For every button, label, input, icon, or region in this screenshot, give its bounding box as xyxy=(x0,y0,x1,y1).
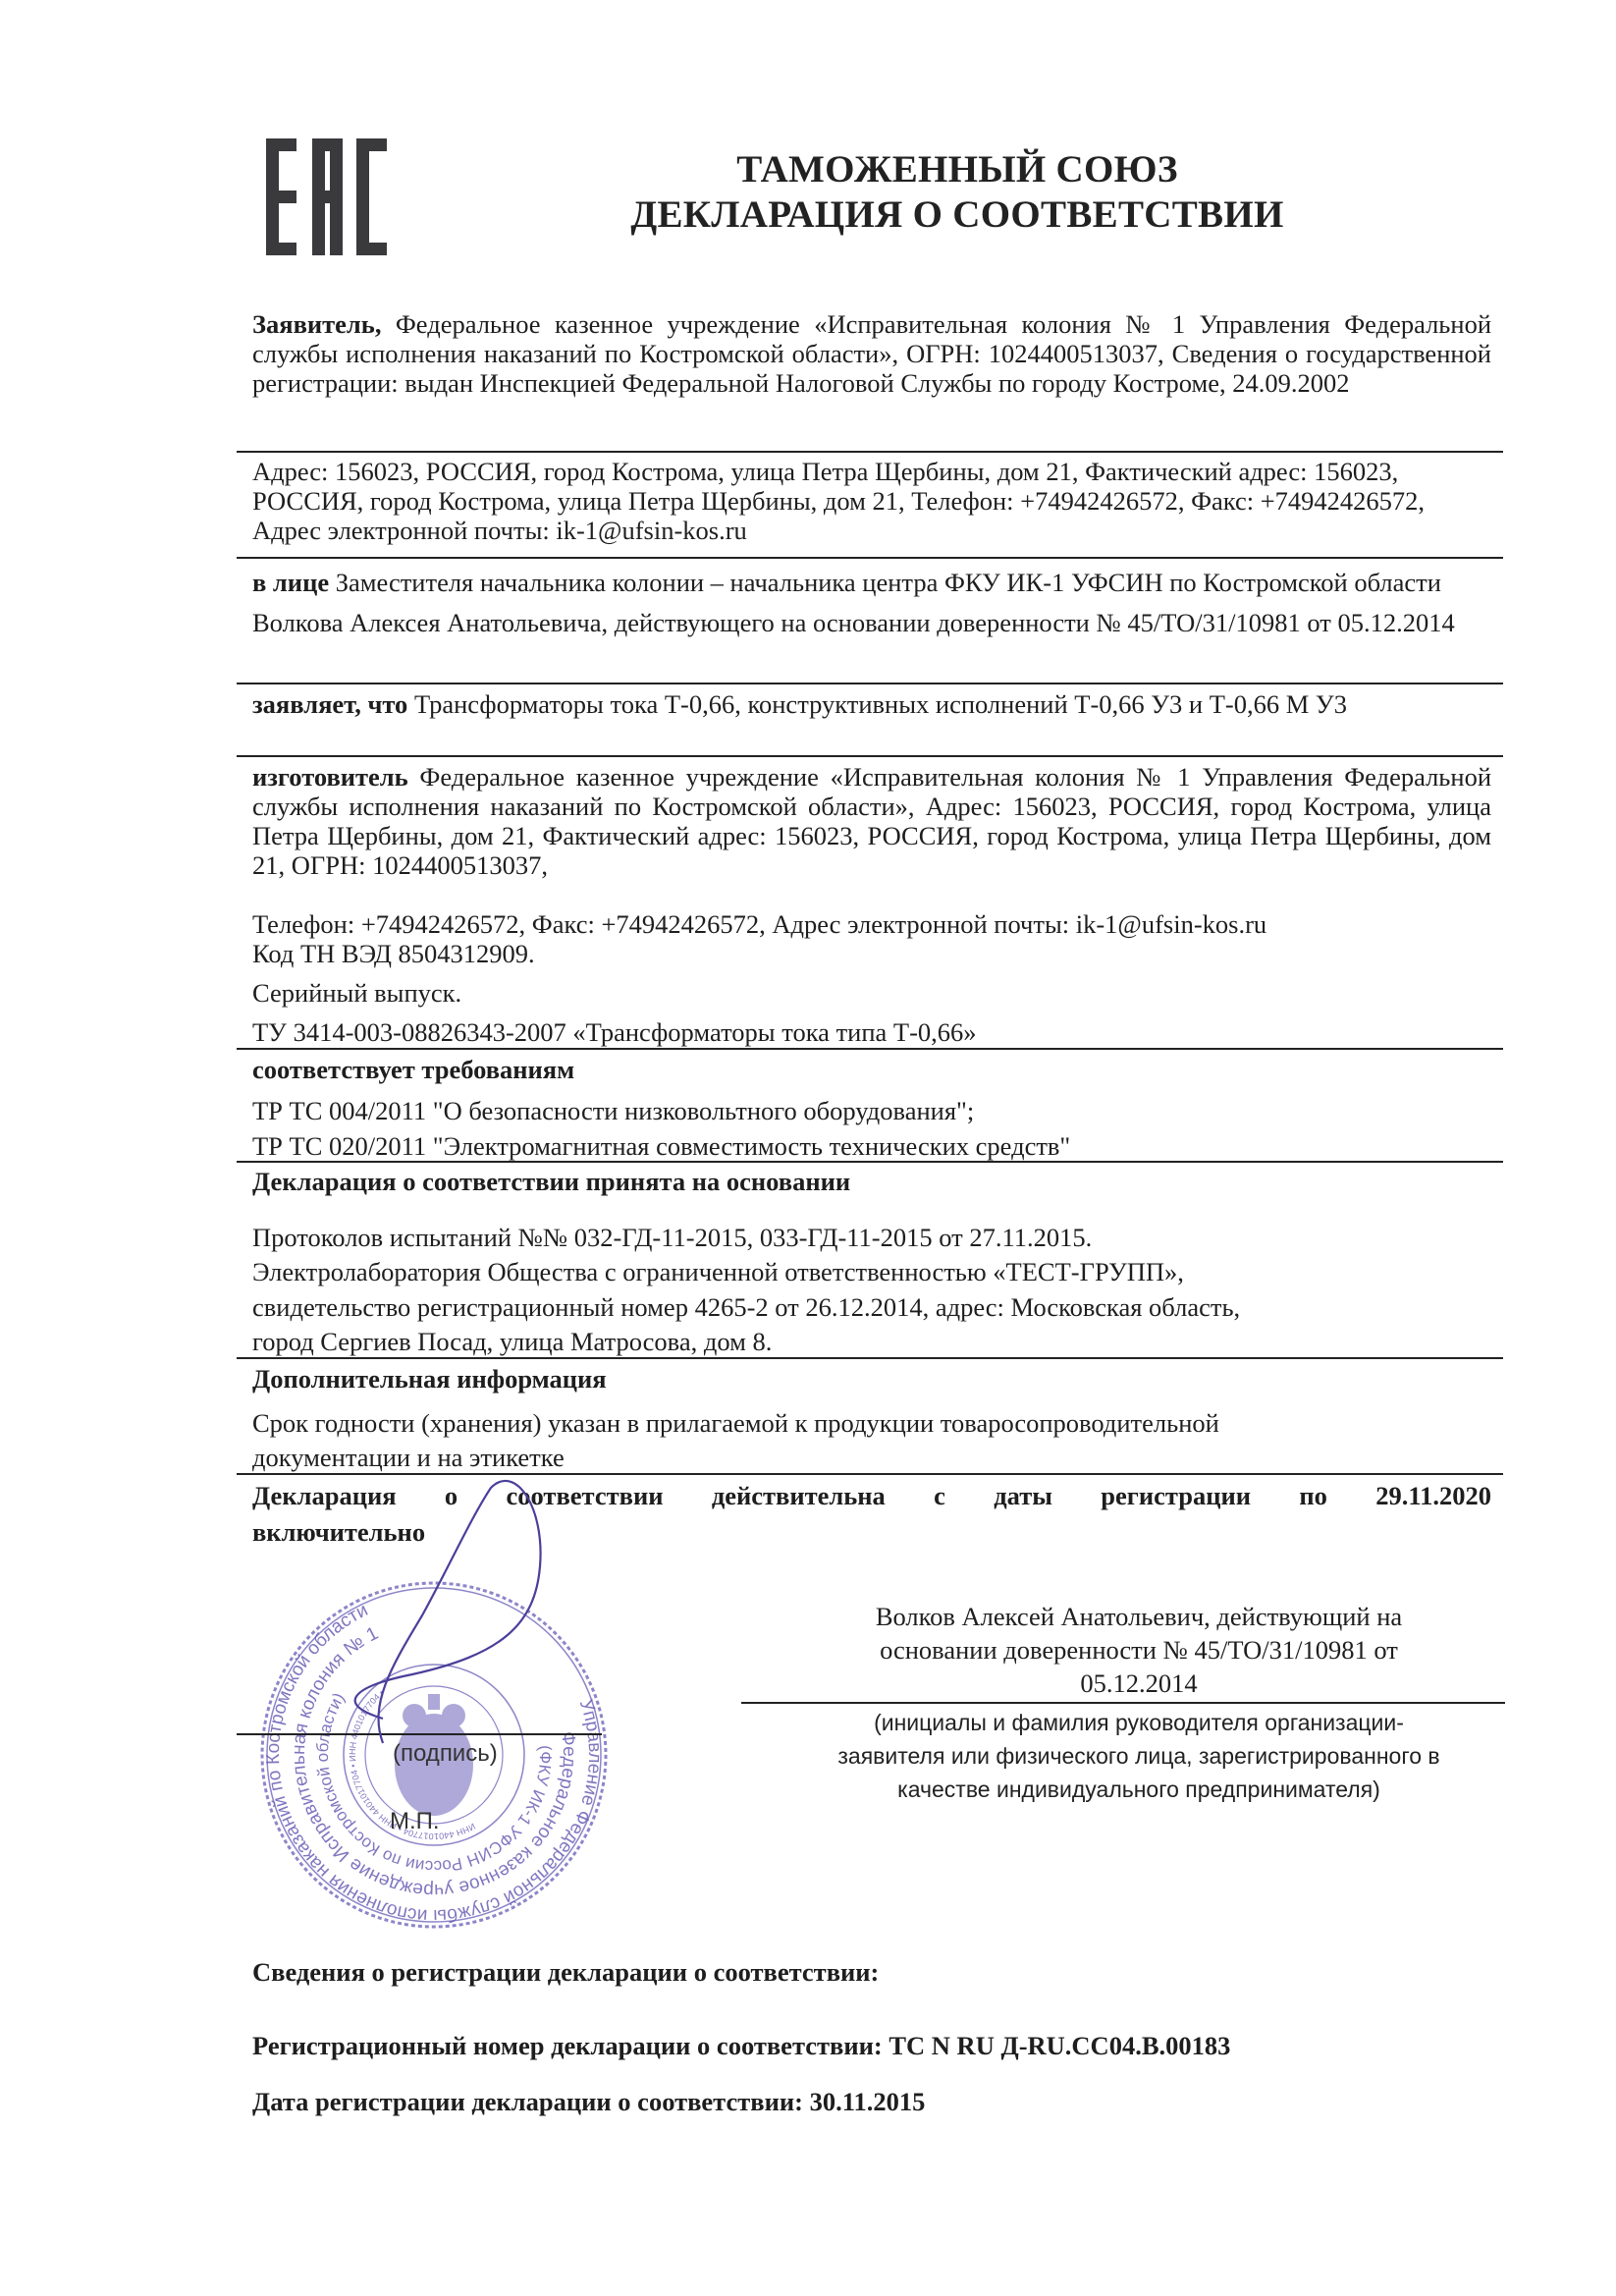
declares-label: заявляет, что xyxy=(252,689,407,719)
divider xyxy=(237,683,1503,684)
signer-line: основании доверенности № 45/ТО/31/10981 … xyxy=(785,1634,1492,1667)
registration-date-label: Дата регистрации декларации о соответств… xyxy=(252,2087,810,2116)
divider xyxy=(237,557,1503,559)
manufacturer-text: Федеральное казенное учреждение «Исправи… xyxy=(252,762,1491,880)
handwritten-signature xyxy=(275,1468,668,1753)
requirement-item: ТР ТС 020/2011 "Электромагнитная совмест… xyxy=(252,1131,1491,1161)
declares-section: заявляет, что Трансформаторы тока Т-0,66… xyxy=(252,689,1491,719)
basis-line: Протоколов испытаний №№ 032-ГД-11-2015, … xyxy=(252,1223,1491,1252)
additional-heading: Дополнительная информация xyxy=(252,1364,1491,1394)
represented-by-text: Заместителя начальника колонии – начальн… xyxy=(252,568,1455,637)
declares-text: Трансформаторы тока Т-0,66, конструктивн… xyxy=(407,689,1347,719)
divider xyxy=(237,1161,1503,1163)
signer-note-line: (инициалы и фамилия руководителя организ… xyxy=(785,1707,1492,1739)
seal-label: М.П. xyxy=(390,1808,440,1835)
hs-code: Код ТН ВЭД 8504312909. xyxy=(252,939,1491,968)
eac-logo xyxy=(266,138,404,255)
signer-note-line: заявителя или физического лица, зарегист… xyxy=(785,1740,1492,1773)
represented-by-section: в лице Заместителя начальника колонии – … xyxy=(252,563,1491,643)
signer-note-line: качестве индивидуального предпринимателя… xyxy=(785,1774,1492,1806)
requirement-item: ТР ТС 004/2011 "О безопасности низковоль… xyxy=(252,1096,1491,1125)
applicant-section: Заявитель, Федеральное казенное учрежден… xyxy=(252,309,1491,398)
requirements-heading: соответствует требованиям xyxy=(252,1055,1491,1084)
registration-date-value: 30.11.2015 xyxy=(810,2087,926,2116)
basis-line: город Сергиев Посад, улица Матросова, до… xyxy=(252,1327,1491,1356)
divider xyxy=(237,1048,1503,1050)
additional-line: Срок годности (хранения) указан в прилаг… xyxy=(252,1408,1491,1438)
divider xyxy=(237,755,1503,757)
registration-number: Регистрационный номер декларации о соотв… xyxy=(252,2031,1491,2060)
title-line-2: ДЕКЛАРАЦИЯ О СООТВЕТСТВИИ xyxy=(550,192,1365,238)
registration-number-value: ТС N RU Д-RU.СС04.В.00183 xyxy=(889,2031,1230,2060)
basis-line: Электролаборатория Общества с ограниченн… xyxy=(252,1257,1491,1286)
applicant-text: Федеральное казенное учреждение «Исправи… xyxy=(252,309,1491,398)
basis-line: свидетельство регистрационный номер 4265… xyxy=(252,1292,1491,1322)
manufacturer-section: изготовитель Федеральное казенное учрежд… xyxy=(252,762,1491,880)
registration-number-label: Регистрационный номер декларации о соотв… xyxy=(252,2031,889,2060)
divider xyxy=(237,451,1503,453)
signer-line: 05.12.2014 xyxy=(785,1667,1492,1700)
registration-date: Дата регистрации декларации о соответств… xyxy=(252,2087,1491,2116)
signer-line: Волков Алексей Анатольевич, действующий … xyxy=(785,1601,1492,1633)
technical-spec: ТУ 3414-003-08826343-2007 «Трансформатор… xyxy=(252,1017,1491,1047)
signer-underline xyxy=(741,1702,1505,1704)
applicant-label: Заявитель, xyxy=(252,309,381,339)
manufacturer-contacts: Телефон: +74942426572, Факс: +7494242657… xyxy=(252,909,1491,939)
basis-heading: Декларация о соответствии принята на осн… xyxy=(252,1167,1491,1196)
divider xyxy=(237,1357,1503,1359)
serial-release: Серийный выпуск. xyxy=(252,978,1491,1008)
address-section: Адрес: 156023, РОССИЯ, город Кострома, у… xyxy=(252,457,1491,545)
registration-heading: Сведения о регистрации декларации о соот… xyxy=(252,1957,1491,1987)
manufacturer-label: изготовитель xyxy=(252,762,408,792)
title-line-1: ТАМОЖЕННЫЙ СОЮЗ xyxy=(550,147,1365,192)
represented-by-label: в лице xyxy=(252,568,329,597)
